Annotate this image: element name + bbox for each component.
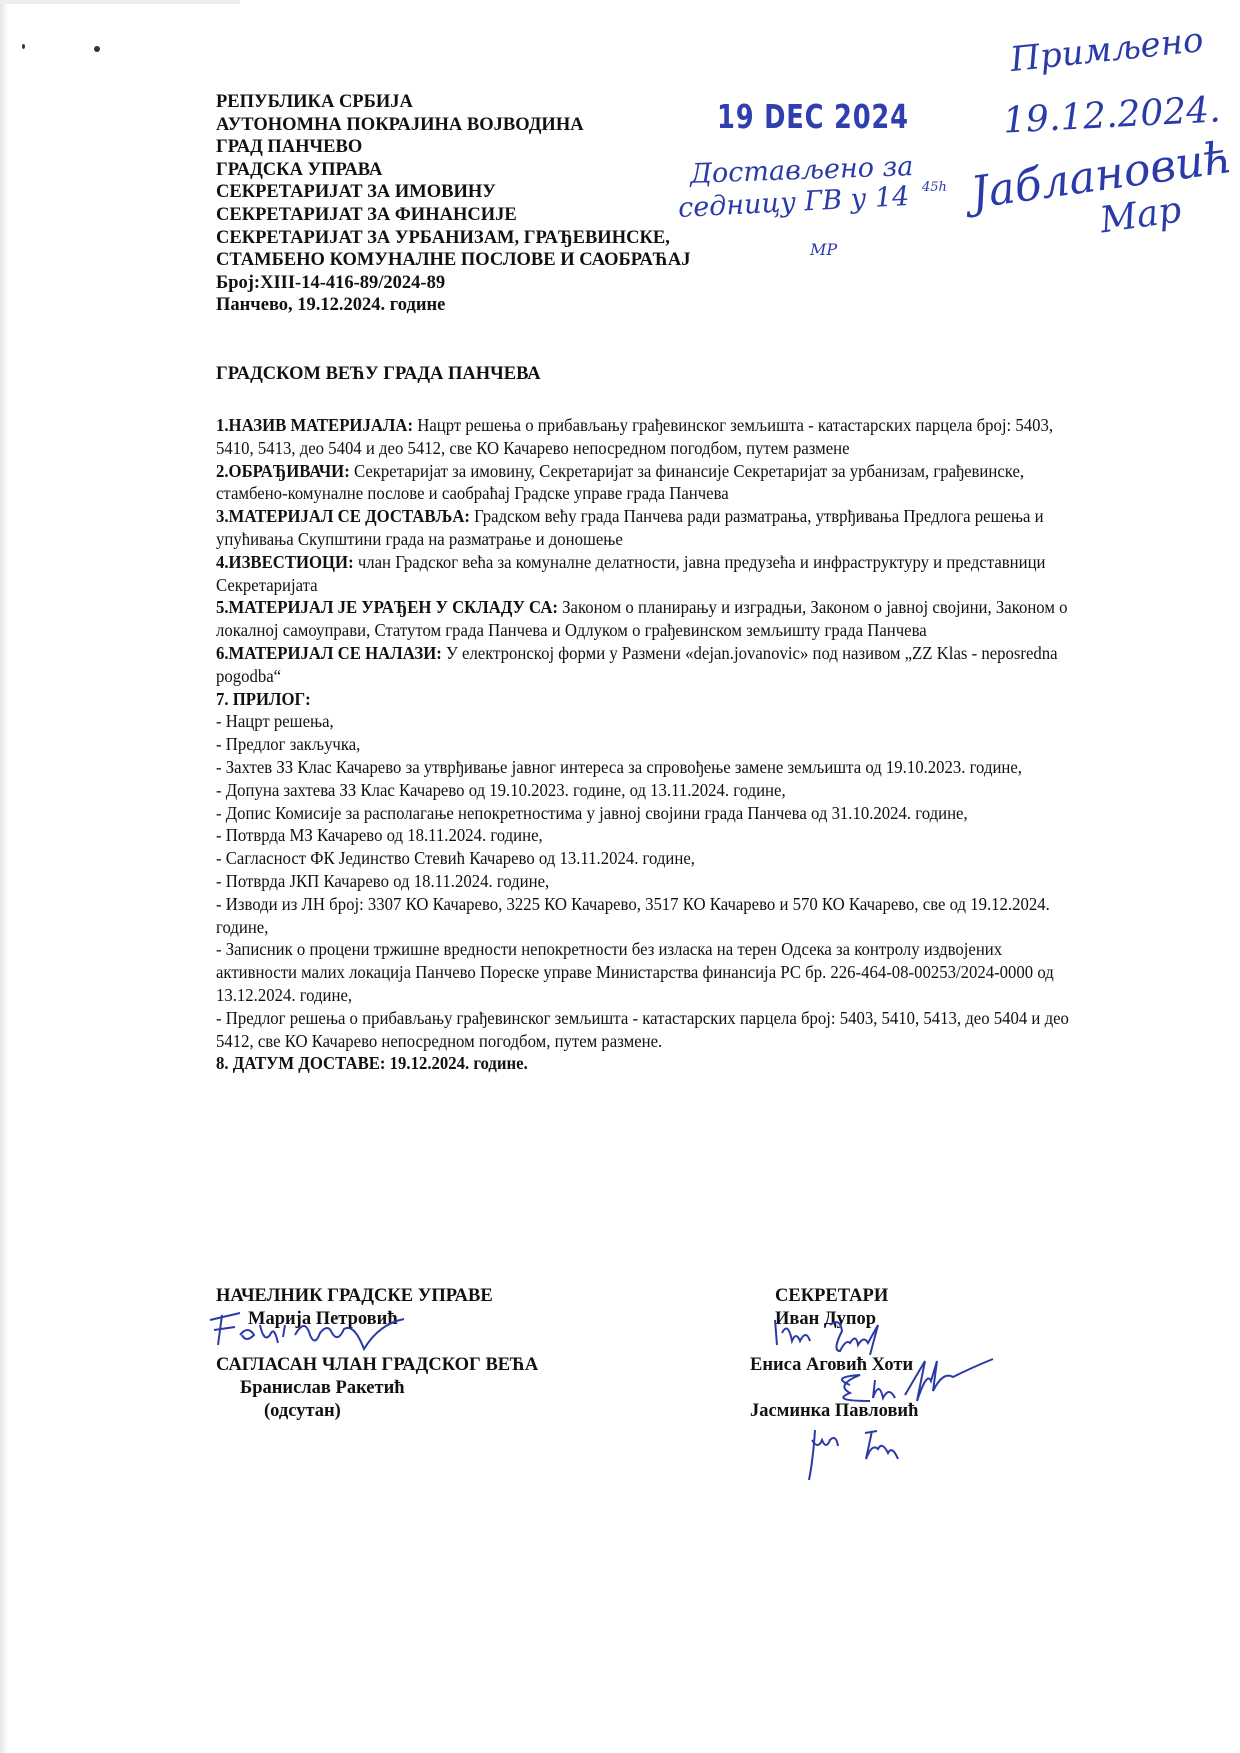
section-label: 6.МАТЕРИЈАЛ СЕ НАЛАЗИ: — [216, 643, 442, 663]
document-page: РЕПУБЛИКА СРБИЈА АУТОНОМНА ПОКРАЈИНА ВОЈ… — [0, 0, 1240, 1753]
attachment-item: - Потврда ЈКП Качарево од 18.11.2024. го… — [216, 870, 1086, 893]
attachment-item: - Захтев ЗЗ Клас Качарево за утврђивање … — [216, 756, 1086, 779]
attachment-item: - Допуна захтева ЗЗ Клас Качарево од 19.… — [216, 779, 1086, 802]
header-line: ГРАД ПАНЧЕВО — [216, 136, 690, 159]
header-line: СЕКРЕТАРИЈАТ ЗА ФИНАНСИЈЕ — [216, 204, 690, 227]
header-line: ГРАДСКА УПРАВА — [216, 159, 690, 182]
scan-edge-shadow — [0, 0, 8, 1753]
signatory-title: СЕКРЕТАРИ — [750, 1285, 918, 1308]
section-5: 5.МАТЕРИЈАЛ ЈЕ УРАЂЕН У СКЛАДУ СА: Закон… — [216, 596, 1086, 642]
date-stamp: 19 DEC 2024 — [717, 97, 909, 136]
section-label: 3.МАТЕРИЈАЛ СЕ ДОСТАВЉА: — [216, 506, 470, 526]
scan-top-shadow — [0, 0, 240, 4]
signatory-note: (одсутан) — [216, 1400, 538, 1423]
scan-speck — [94, 46, 100, 52]
attachment-item: - Допис Комисије за располагање непокрет… — [216, 802, 1086, 825]
section-6: 6.МАТЕРИЈАЛ СЕ НАЛАЗИ: У електронској фо… — [216, 642, 1086, 688]
section-1: 1.НАЗИВ МАТЕРИЈАЛА: Нацрт решења о приба… — [216, 414, 1086, 460]
addressee: ГРАДСКОМ ВЕЋУ ГРАДА ПАНЧЕВА — [216, 364, 541, 385]
attachment-item: - Предлог решења о прибављању грађевинск… — [216, 1007, 1086, 1053]
section-label: 4.ИЗВЕСТИОЦИ: — [216, 552, 354, 572]
attachment-item: - Нацрт решења, — [216, 710, 1086, 733]
handwritten-time: 45h — [922, 180, 947, 195]
section-label: 2.ОБРАЂИВАЧИ: — [216, 461, 350, 481]
delivery-date: 8. ДАТУМ ДОСТАВЕ: 19.12.2024. године. — [216, 1052, 1086, 1075]
attachments-label: 7. ПРИЛОГ: — [216, 689, 311, 709]
attachment-item: - Потврда МЗ Качарево од 18.11.2024. год… — [216, 824, 1086, 847]
document-number: Број:XIII-14-416-89/2024-89 — [216, 272, 690, 295]
section-label: 5.МАТЕРИЈАЛ ЈЕ УРАЂЕН У СКЛАДУ СА: — [216, 597, 558, 617]
signature-scribble — [770, 1315, 930, 1355]
handwritten-initials: МР — [810, 240, 837, 259]
header-line: СЕКРЕТАРИЈАТ ЗА УРБАНИЗАМ, ГРАЂЕВИНСКЕ, — [216, 227, 690, 250]
document-body: 1.НАЗИВ МАТЕРИЈАЛА: Нацрт решења о приба… — [216, 414, 1086, 1075]
signatory-name: Бранислав Ракетић — [216, 1377, 538, 1400]
signature-scribble — [830, 1355, 1000, 1415]
header-line: АУТОНОМНА ПОКРАЈИНА ВОЈВОДИНА — [216, 114, 690, 137]
header-line: СЕКРЕТАРИЈАТ ЗА ИМОВИНУ — [216, 181, 690, 204]
letterhead: РЕПУБЛИКА СРБИЈА АУТОНОМНА ПОКРАЈИНА ВОЈ… — [216, 91, 690, 317]
attachment-item: - Записник о процени тржишне вредности н… — [216, 938, 1086, 1006]
attachments-heading: 7. ПРИЛОГ: — [216, 688, 1086, 711]
section-3: 3.МАТЕРИЈАЛ СЕ ДОСТАВЉА: Градском већу г… — [216, 505, 1086, 551]
document-date: Панчево, 19.12.2024. године — [216, 294, 690, 317]
section-label: 1.НАЗИВ МАТЕРИЈАЛА: — [216, 415, 413, 435]
header-line: РЕПУБЛИКА СРБИЈА — [216, 91, 690, 114]
scan-speck — [22, 44, 25, 49]
section-2: 2.ОБРАЂИВАЧИ: Секретаријат за имовину, С… — [216, 460, 1086, 506]
handwritten-received-date: 19.12.2024. — [1002, 89, 1221, 141]
attachment-item: - Предлог закључка, — [216, 733, 1086, 756]
section-4: 4.ИЗВЕСТИОЦИ: члан Градског већа за кому… — [216, 551, 1086, 597]
signature-scribble — [790, 1425, 930, 1485]
attachment-item: - Сагласност ФК Јединство Стевић Качарев… — [216, 847, 1086, 870]
signature-scribble — [200, 1305, 410, 1375]
delivery-date-text: 8. ДАТУМ ДОСТАВЕ: 19.12.2024. године. — [216, 1053, 528, 1073]
attachment-item: - Изводи из ЛН број: 3307 КО Качарево, 3… — [216, 893, 1086, 939]
header-line: СТАМБЕНО КОМУНАЛНЕ ПОСЛОВЕ И САОБРАЋАЈ — [216, 249, 690, 272]
handwritten-received: Примљено — [1008, 20, 1205, 80]
